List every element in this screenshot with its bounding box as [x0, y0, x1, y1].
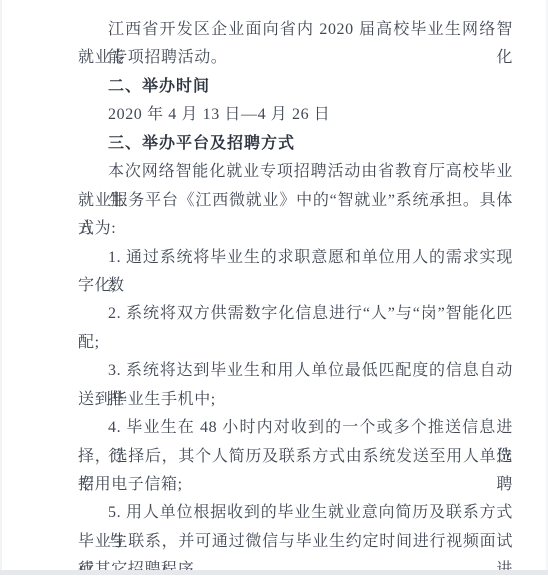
paragraph-line: 本次网络智能化就业专项招聘活动由省教育厅高校毕业生	[78, 158, 513, 186]
paragraph-line: 毕业生联系，并可通过微信与毕业生约定时间进行视频面试或进	[78, 528, 513, 556]
paragraph-line: 1. 通过系统将毕业生的求职意愿和单位用人的需求实现数	[78, 244, 513, 272]
paragraph-line: 择，选择后，其个人简历及联系方式由系统发送至用人单位招聘	[78, 443, 513, 471]
document-viewport: 江西省开发区企业面向省内 2020 届高校毕业生网络智能化就业专项招聘活动。二、…	[0, 0, 548, 577]
paragraph-line: 2020 年 4 月 13 日—4 月 26 日	[78, 101, 513, 129]
paragraph-line: 配;	[78, 329, 513, 357]
paragraph-line: 3. 系统将达到毕业生和用人单位最低匹配度的信息自动推	[78, 357, 513, 385]
section-heading: 二、举办时间	[78, 73, 513, 101]
section-heading: 三、举办平台及招聘方式	[78, 130, 513, 158]
paragraph-line: 4. 毕业生在 48 小时内对收到的一个或多个推送信息进行选	[78, 414, 513, 442]
paragraph-line: 送到毕业生手机中;	[78, 386, 513, 414]
document-page: 江西省开发区企业面向省内 2020 届高校毕业生网络智能化就业专项招聘活动。二、…	[0, 0, 548, 577]
scan-edge-left	[0, 0, 2, 577]
paragraph-line: 字化;	[78, 272, 513, 300]
paragraph-line: 江西省开发区企业面向省内 2020 届高校毕业生网络智能化	[78, 16, 513, 44]
paragraph-line: 2. 系统将双方供需数字化信息进行“人”与“岗”智能化匹	[78, 300, 513, 328]
paragraph-line: 5. 用人单位根据收到的毕业生就业意向简历及联系方式与	[78, 499, 513, 527]
paragraph-line: 式为:	[78, 215, 513, 243]
paragraph-line: 就业服务平台《江西微就业》中的“智就业”系统承担。具体方	[78, 187, 513, 215]
document-text-block: 江西省开发区企业面向省内 2020 届高校毕业生网络智能化就业专项招聘活动。二、…	[78, 16, 513, 577]
